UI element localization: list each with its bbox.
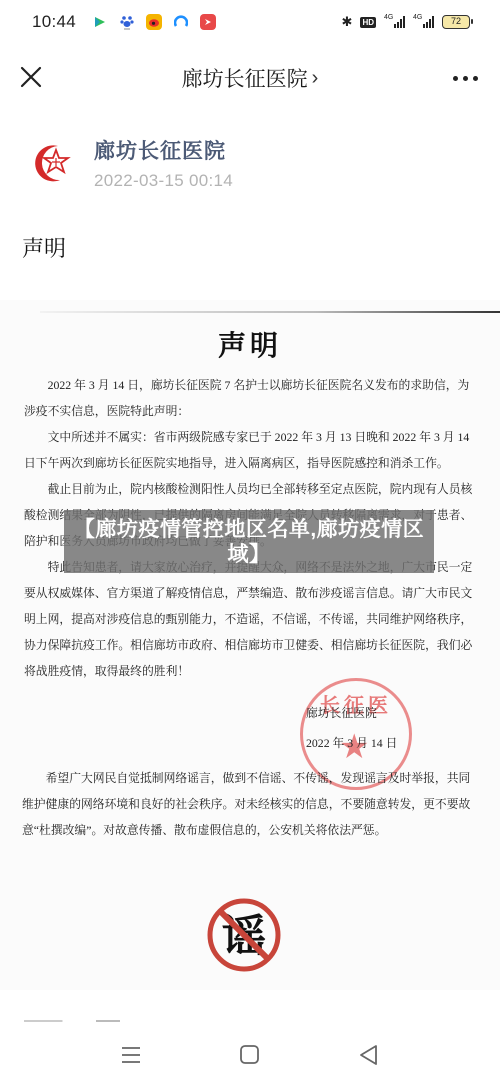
video-app-icon: [92, 14, 108, 30]
top-nav-bar: 廊坊长征医院 ›: [0, 50, 500, 106]
status-bar: 10:44 ✱ HD 4G 4G 72: [0, 0, 500, 44]
more-dot-icon: [463, 76, 468, 81]
publish-date: 2022-03-15 00:14: [94, 171, 233, 191]
system-navigation-bar: [0, 1040, 500, 1070]
article-title: 声明: [22, 232, 66, 263]
back-button[interactable]: [356, 1042, 382, 1068]
document-paragraph: 文中所述并不属实：省市两级院感专家已于 2022 年 3 月 13 日晚和 20…: [24, 424, 474, 476]
cut-off-content: [24, 1020, 120, 1022]
chevron-right-icon: ›: [312, 67, 319, 90]
more-dot-icon: [453, 76, 458, 81]
title-overlay-banner[interactable]: 【廊坊疫情管控地区名单,廊坊疫情区域】: [64, 510, 434, 573]
account-header: 廊坊长征医院 2022-03-15 00:14: [28, 135, 233, 191]
weibo-icon: [146, 14, 162, 30]
document-edge: [40, 311, 500, 313]
battery-icon: 72: [442, 15, 470, 29]
recent-apps-button[interactable]: [118, 1042, 144, 1068]
bluetooth-icon: ✱: [342, 14, 353, 30]
notification-icons: [92, 14, 216, 30]
signal-icon-sim2: 4G: [413, 16, 434, 28]
document-paragraph: 2022 年 3 月 14 日，廊坊长征医院 7 名护士以廊坊长征医院名义发布的…: [24, 372, 474, 424]
statement-document-image[interactable]: 声明 2022 年 3 月 14 日，廊坊长征医院 7 名护士以廊坊长征医院名义…: [0, 300, 500, 990]
document-heading: 声明: [0, 324, 500, 364]
signature-org: 廊坊长征医院: [306, 698, 397, 728]
document-paragraph: 特此告知患者，请大家放心治疗，并提醒大众，网络不是法外之地，广大市民一定要从权威…: [24, 554, 474, 684]
document-closing: 希望广大网民自觉抵制网络谣言，做到不信谣、不传谣，发现谣言及时举报，共同维护健康…: [22, 765, 478, 843]
account-title-link[interactable]: 廊坊长征医院 ›: [182, 63, 319, 93]
close-button[interactable]: [16, 62, 46, 92]
no-rumor-icon: 谣: [204, 895, 284, 975]
signal-icon-sim1: 4G: [384, 16, 405, 28]
video-red-app-icon: [200, 14, 216, 30]
close-icon: [20, 66, 42, 88]
account-name-link[interactable]: 廊坊长征医院: [94, 135, 233, 165]
status-time: 10:44: [32, 12, 76, 32]
system-status-icons: ✱ HD 4G 4G 72: [342, 14, 470, 30]
nav-title: 廊坊长征医院: [182, 63, 308, 93]
browser-icon: [173, 14, 189, 30]
baidu-paw-icon: [119, 14, 135, 30]
closing-paragraph: 希望广大网民自觉抵制网络谣言，做到不信谣、不传谣，发现谣言及时举报，共同维护健康…: [22, 765, 478, 843]
signature-date: 2022 年 3 月 14 日: [306, 728, 397, 758]
home-button[interactable]: [237, 1042, 263, 1068]
more-dot-icon: [473, 76, 478, 81]
hd-voice-icon: HD: [360, 17, 376, 28]
document-signature: 廊坊长征医院 2022 年 3 月 14 日: [306, 698, 397, 758]
more-options-button[interactable]: [453, 64, 478, 92]
hospital-logo-icon[interactable]: [28, 140, 74, 186]
